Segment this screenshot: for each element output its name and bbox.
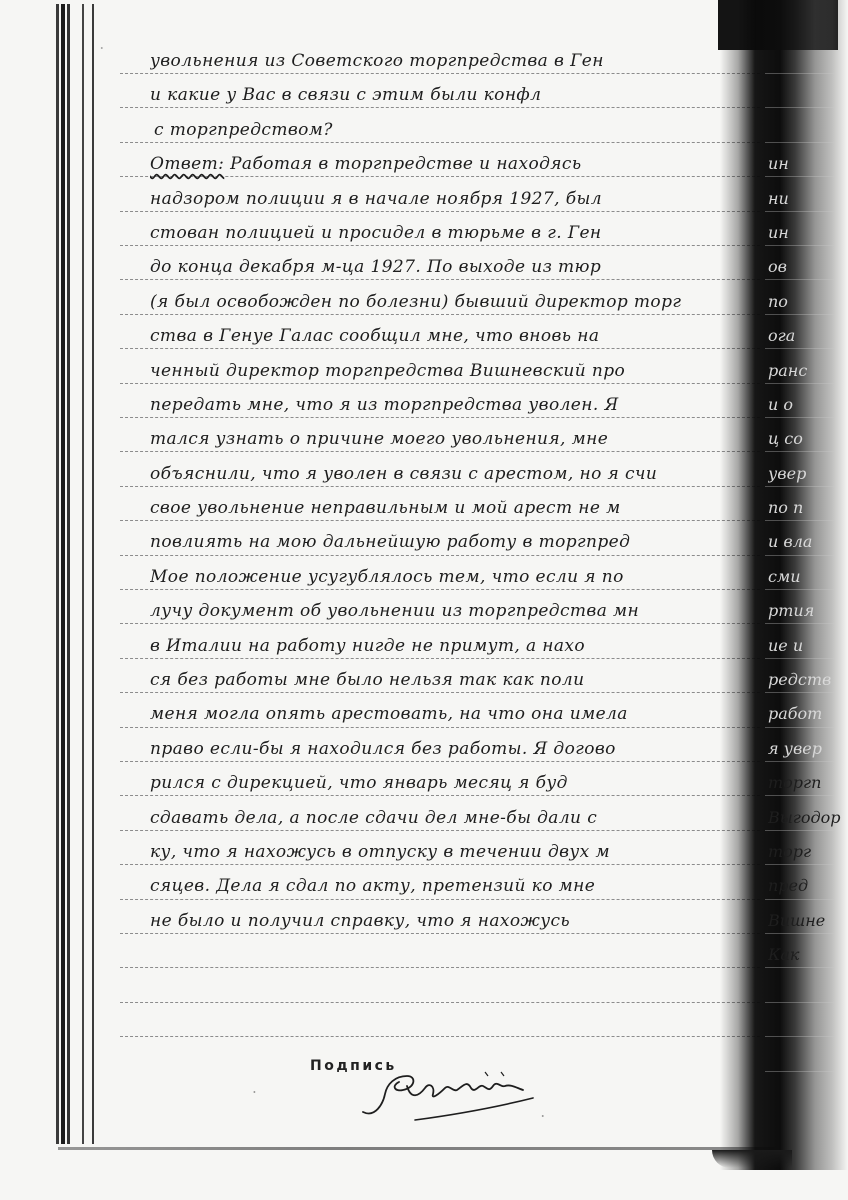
adjacent-text-fragment bbox=[768, 78, 848, 112]
adjacent-rule-line bbox=[765, 1036, 835, 1037]
adjacent-text-fragment: торг bbox=[768, 835, 848, 869]
adjacent-text-fragment: ин bbox=[768, 147, 848, 181]
adjacent-text-fragment: ни bbox=[768, 182, 848, 216]
text-line: меня могла опять арестовать, на что она … bbox=[150, 697, 750, 731]
binding-shadow-foot bbox=[712, 1150, 792, 1168]
text-line: увольнения из Советского торгпредства в … bbox=[150, 44, 750, 78]
answer-line: Ответ: Работая в торгпредстве и находясь bbox=[150, 147, 750, 181]
text-line: повлиять на мою дальнейшую работу в торг… bbox=[150, 525, 750, 559]
text-line: передать мне, что я из торгпредства увол… bbox=[150, 388, 750, 422]
adjacent-text-fragment: Выгодор bbox=[768, 801, 848, 835]
adjacent-text-fragment: ртия bbox=[768, 594, 848, 628]
adjacent-page-text: иннииновпоогаранси оц соуверпо пи власми… bbox=[768, 44, 848, 973]
adjacent-text-fragment: Как bbox=[768, 938, 848, 972]
text-line: ку, что я нахожусь в отпуску в течении д… bbox=[150, 835, 750, 869]
adjacent-text-fragment: ога bbox=[768, 319, 848, 353]
scanned-page: увольнения из Советского торгпредства в … bbox=[0, 0, 848, 1200]
adjacent-rule-line bbox=[765, 1071, 835, 1072]
text-line: право если-бы я находился без работы. Я … bbox=[150, 732, 750, 766]
adjacent-text-fragment: ие и bbox=[768, 629, 848, 663]
rule-line bbox=[120, 1002, 760, 1003]
text-line: с торгпредством? bbox=[150, 113, 750, 147]
text-line: до конца декабря м-ца 1927. По выходе из… bbox=[150, 250, 750, 284]
text-line: свое увольнение неправильным и мой арест… bbox=[150, 491, 750, 525]
adjacent-text-fragment: работ bbox=[768, 697, 848, 731]
handwritten-text: увольнения из Советского торгпредства в … bbox=[150, 44, 750, 938]
text-line: не было и получил справку, что я нахожус… bbox=[150, 904, 750, 938]
adjacent-rule-line bbox=[765, 1002, 835, 1003]
adjacent-text-fragment: и о bbox=[768, 388, 848, 422]
text-line: ченный директор торгпредства Вишневский … bbox=[150, 354, 750, 388]
adjacent-text-fragment: ин bbox=[768, 216, 848, 250]
text-line: рился с дирекцией, что январь месяц я бу… bbox=[150, 766, 750, 800]
adjacent-text-fragment: Вишне bbox=[768, 904, 848, 938]
adjacent-text-fragment: торгп bbox=[768, 766, 848, 800]
rule-line bbox=[120, 967, 760, 968]
adjacent-text-fragment bbox=[768, 44, 848, 78]
text-line: сдавать дела, а после сдачи дел мне-бы д… bbox=[150, 801, 750, 835]
adjacent-text-fragment bbox=[768, 113, 848, 147]
adjacent-text-fragment: я увер bbox=[768, 732, 848, 766]
text-line: сяцев. Дела я сдал по акту, претензий ко… bbox=[150, 869, 750, 903]
text-line: тался узнать о причине моего увольнения,… bbox=[150, 422, 750, 456]
text-line: лучу документ об увольнении из торгпредс… bbox=[150, 594, 750, 628]
adjacent-text-fragment: и вла bbox=[768, 525, 848, 559]
adjacent-text-fragment: увер bbox=[768, 457, 848, 491]
answer-text: Работая в торгпредстве и находясь bbox=[230, 154, 581, 174]
adjacent-text-fragment: по bbox=[768, 285, 848, 319]
adjacent-text-fragment: ранс bbox=[768, 354, 848, 388]
rule-line bbox=[120, 1036, 760, 1037]
answer-label: Ответ: bbox=[150, 154, 224, 174]
text-line: ства в Генуе Галас сообщил мне, что внов… bbox=[150, 319, 750, 353]
left-margin-rules bbox=[52, 4, 102, 1144]
text-line: объяснили, что я уволен в связи с аресто… bbox=[150, 457, 750, 491]
adjacent-text-fragment: пред bbox=[768, 869, 848, 903]
adjacent-text-fragment: сми bbox=[768, 560, 848, 594]
adjacent-text-fragment: по п bbox=[768, 491, 848, 525]
text-line: надзором полиции я в начале ноября 1927,… bbox=[150, 182, 750, 216]
adjacent-text-fragment: ов bbox=[768, 250, 848, 284]
text-line: стован полицией и просидел в тюрьме в г.… bbox=[150, 216, 750, 250]
text-line: и какие у Вас в связи с этим были конфл bbox=[150, 78, 750, 112]
text-line: в Италии на работу нигде не примут, а на… bbox=[150, 629, 750, 663]
text-line: (я был освобожден по болезни) бывший дир… bbox=[150, 285, 750, 319]
signature bbox=[355, 1064, 555, 1124]
text-line: ся без работы мне было нельзя так как по… bbox=[150, 663, 750, 697]
text-line: Мое положение усугублялось тем, что если… bbox=[150, 560, 750, 594]
adjacent-text-fragment: ц со bbox=[768, 422, 848, 456]
adjacent-text-fragment: редств bbox=[768, 663, 848, 697]
